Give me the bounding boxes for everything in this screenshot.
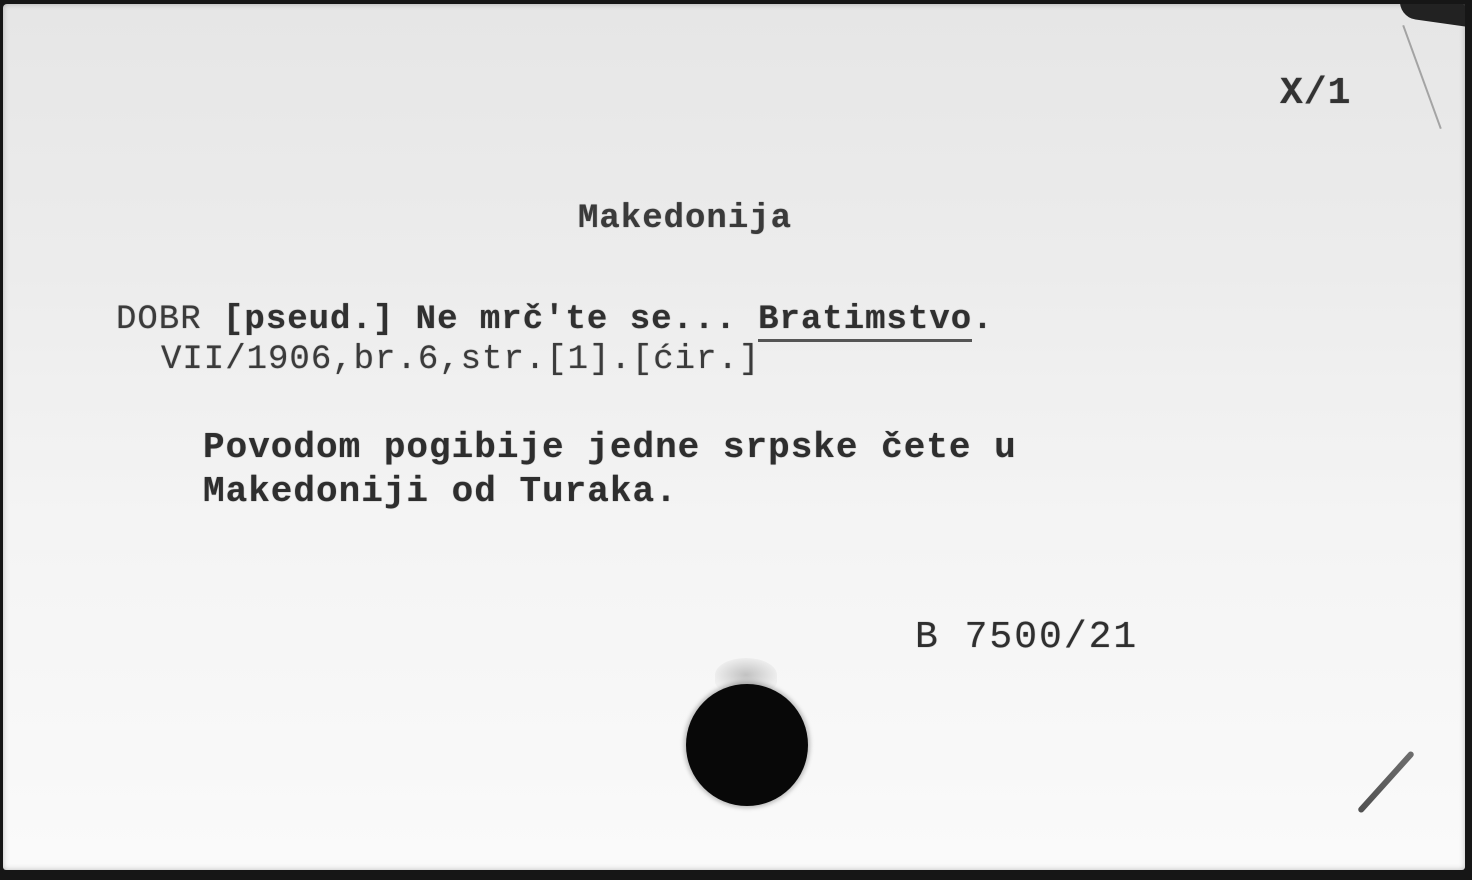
publication-title: Bratimstvo bbox=[758, 301, 972, 342]
scratch-mark bbox=[1402, 25, 1442, 129]
punch-hole bbox=[686, 684, 808, 806]
shelf-signature: B 7500/21 bbox=[915, 616, 1138, 659]
torn-corner bbox=[1398, 4, 1465, 27]
summary-line-1: Povodom pogibije jedne srpske čete u bbox=[203, 427, 1017, 468]
card-number: X/1 bbox=[1280, 72, 1351, 115]
bibliographic-citation: DOBR [pseud.] Ne mrč'te se... Bratimstvo… bbox=[116, 300, 994, 380]
author: DOBR bbox=[116, 301, 202, 339]
pseudonym-note: [pseud.] bbox=[223, 301, 394, 339]
index-card: X/1 Makedonija DOBR [pseud.] Ne mrč'te s… bbox=[3, 4, 1465, 870]
publication-details: VII/1906,br.6,str.[1].[ćir.] bbox=[161, 341, 760, 379]
summary: Povodom pogibije jedne srpske čete u Mak… bbox=[203, 426, 1017, 514]
summary-line-2: Makedoniji od Turaka. bbox=[203, 471, 678, 512]
subject-heading: Makedonija bbox=[578, 200, 792, 238]
article-title: Ne mrč'te se... bbox=[416, 301, 737, 339]
pencil-check-mark-icon bbox=[1357, 750, 1415, 813]
